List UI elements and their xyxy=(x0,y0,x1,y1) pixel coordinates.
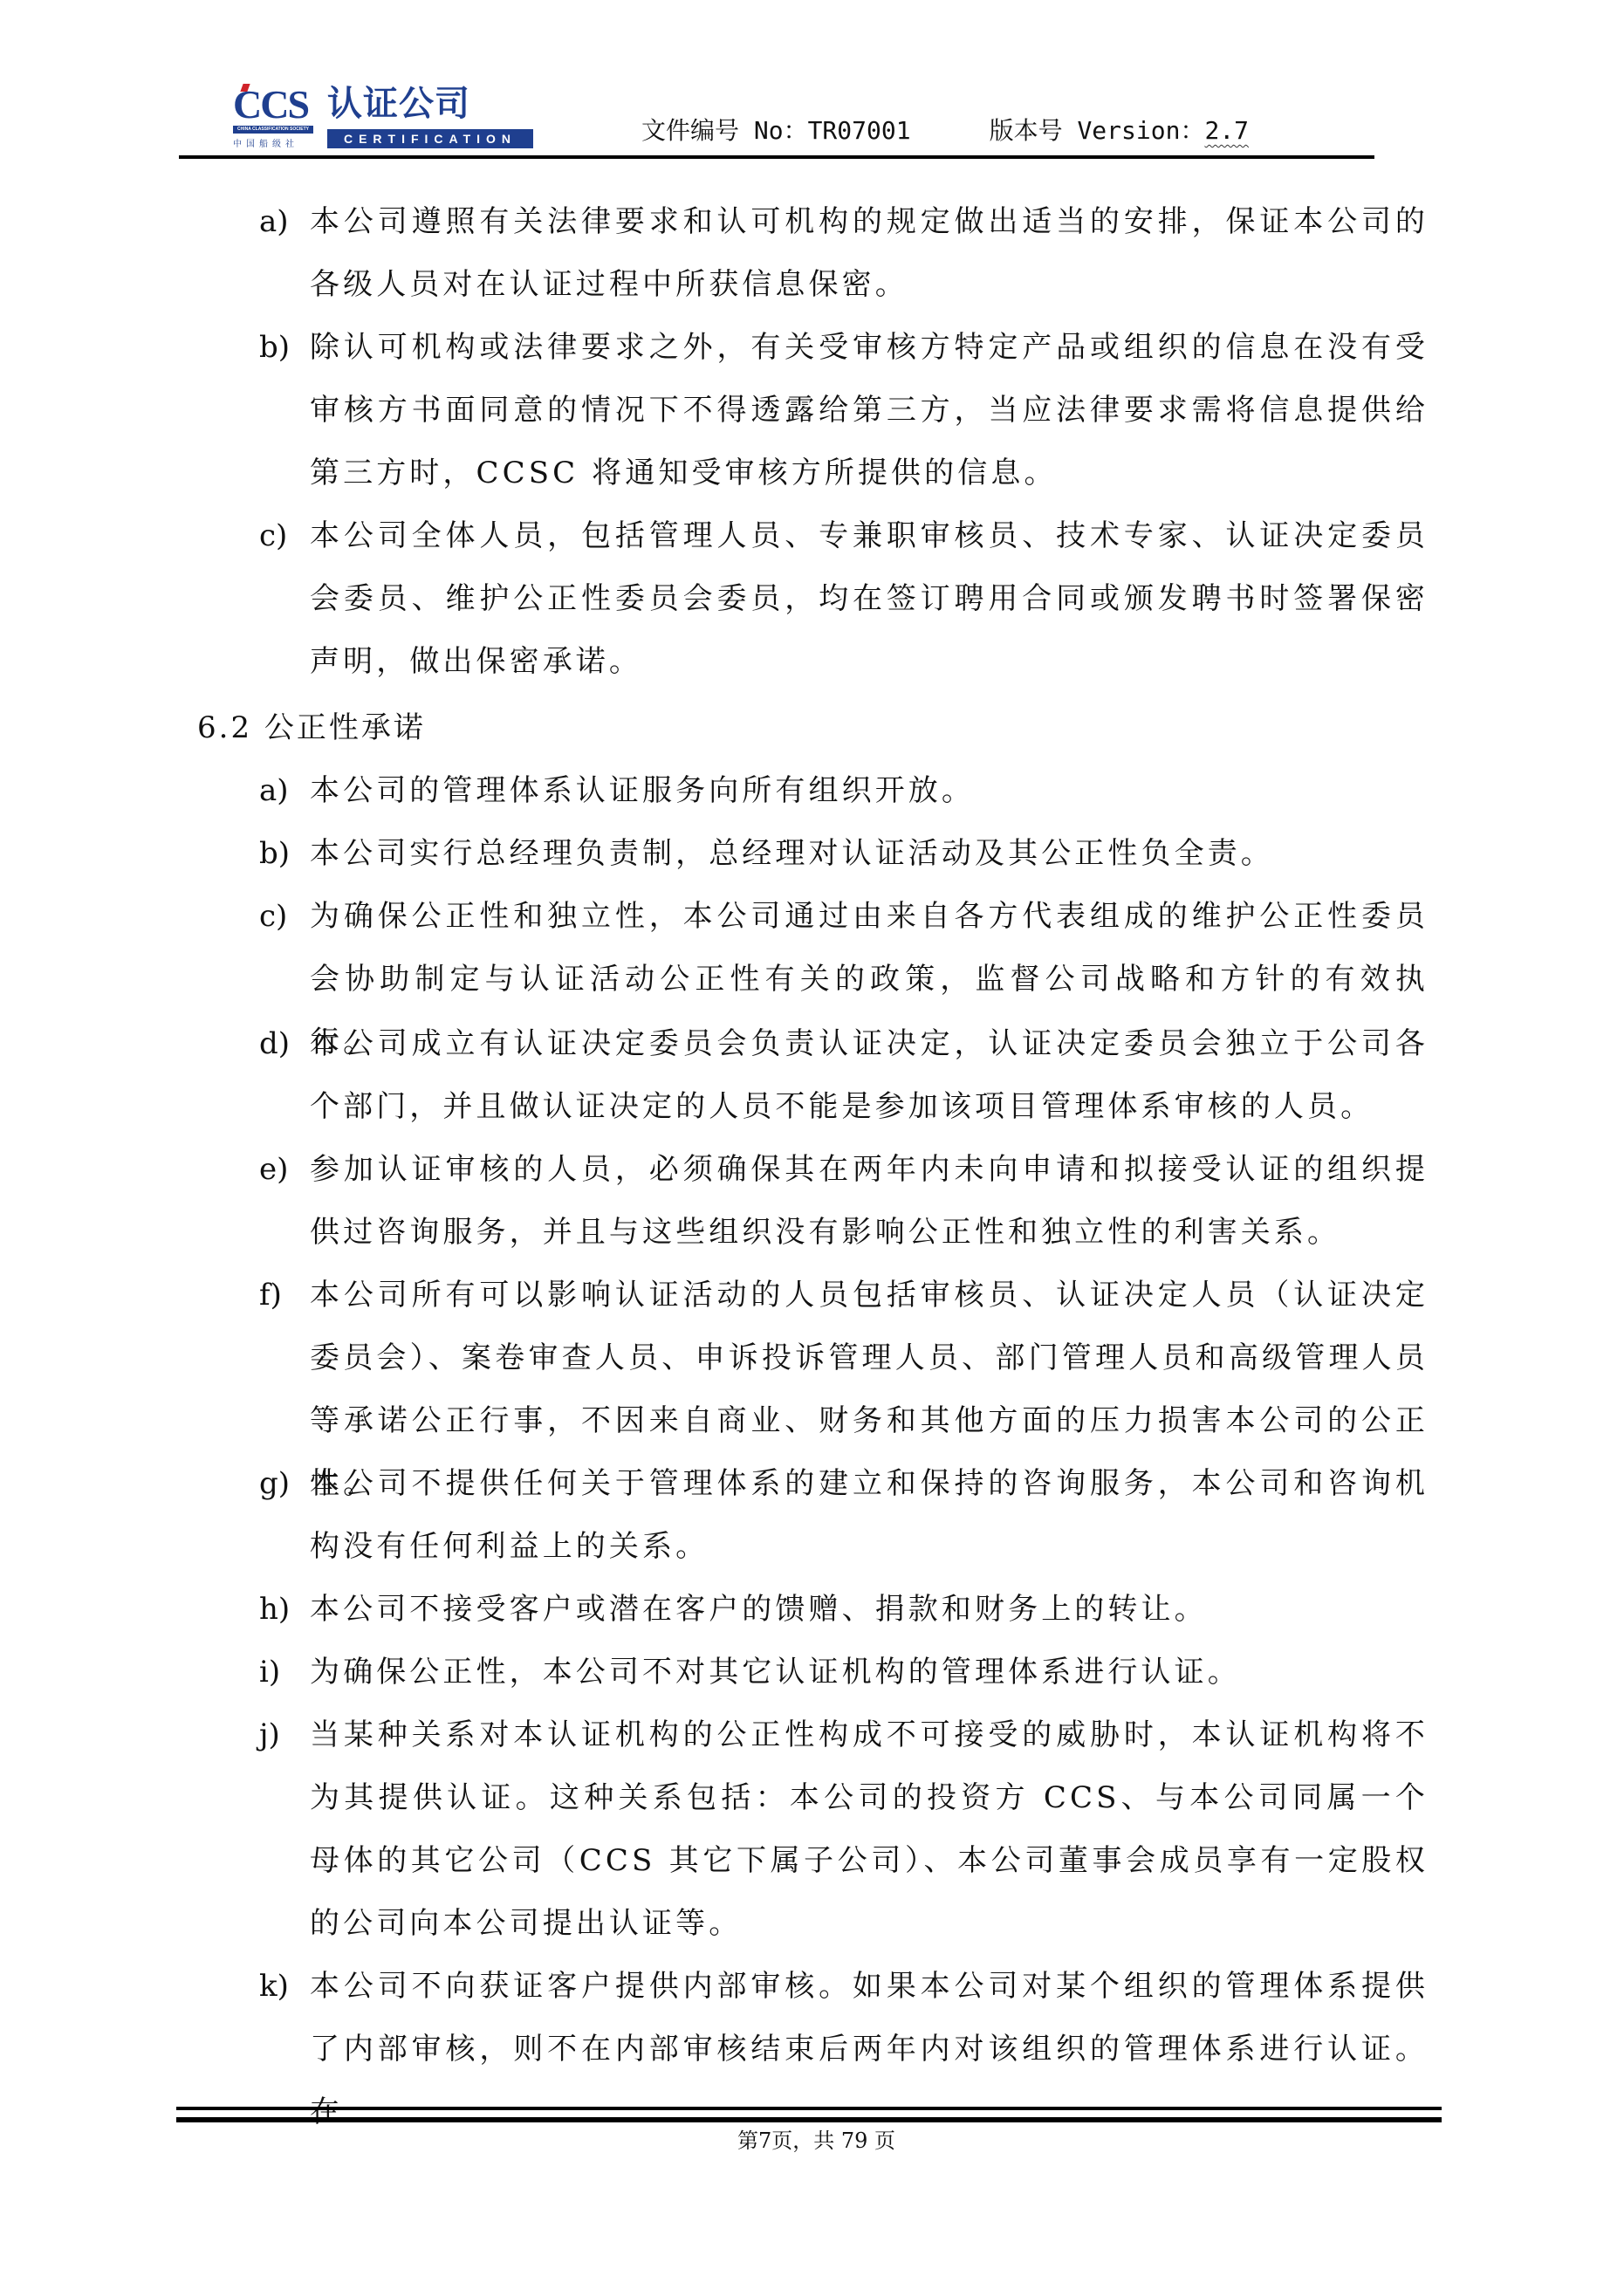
list-item-impartiality-d: d) 本公司成立有认证决定委员会负责认证决定，认证决定委员会独立于公司各个部门，… xyxy=(259,1012,1429,1138)
list-item-confidentiality-b: b) 除认可机构或法律要求之外，有关受审核方特定产品或组织的信息在没有受审核方书… xyxy=(259,316,1429,504)
list-item-impartiality-e: e) 参加认证审核的人员，必须确保其在两年内未向申请和拟接受认证的组织提供过咨询… xyxy=(259,1138,1429,1264)
document-meta: 文件编号 No：TR07001版本号 Version：2.7 xyxy=(641,113,1249,148)
item-label: k) xyxy=(259,1955,289,2018)
page-header: CCS CHINA CLASSIFICATION SOCIETY 中国船级社 认… xyxy=(179,79,1374,159)
list-item-confidentiality-a: a) 本公司遵照有关法律要求和认可机构的规定做出适当的安排，保证本公司的各级人员… xyxy=(259,190,1429,316)
item-text: 本公司实行总经理负责制，总经理对认证活动及其公正性负全责。 xyxy=(310,822,1429,885)
item-label: c) xyxy=(259,885,287,948)
list-item-confidentiality-c: c) 本公司全体人员，包括管理人员、专兼职审核员、技术专家、认证决定委员会委员、… xyxy=(259,504,1429,693)
item-label: h) xyxy=(259,1578,290,1641)
logo-ccs-letters: CCS xyxy=(233,82,308,127)
logo-society-cn: 中国船级社 xyxy=(233,136,298,149)
item-label: c) xyxy=(259,504,287,567)
item-text: 除认可机构或法律要求之外，有关受审核方特定产品或组织的信息在没有受审核方书面同意… xyxy=(310,316,1429,504)
item-label: a) xyxy=(259,190,289,253)
footer-divider-thick xyxy=(176,2117,1442,2122)
list-item-impartiality-k: k) 本公司不向获证客户提供内部审核。如果本公司对某个组织的管理体系提供了内部审… xyxy=(259,1955,1429,2143)
version-label: 版本号 Version： xyxy=(990,116,1205,145)
item-text: 本公司不接受客户或潜在客户的馈赠、捐款和财务上的转让。 xyxy=(310,1578,1429,1641)
footer-divider-thin xyxy=(176,2107,1442,2110)
list-item-impartiality-j: j) 当某种关系对本认证机构的公正性构成不可接受的威胁时，本认证机构将不为其提供… xyxy=(259,1704,1429,1955)
list-item-impartiality-a: a) 本公司的管理体系认证服务向所有组织开放。 xyxy=(259,759,1429,822)
item-text: 本公司不向获证客户提供内部审核。如果本公司对某个组织的管理体系提供了内部审核，则… xyxy=(310,1955,1429,2143)
item-text: 本公司成立有认证决定委员会负责认证决定，认证决定委员会独立于公司各个部门，并且做… xyxy=(310,1012,1429,1138)
logo-society-en: CHINA CLASSIFICATION SOCIETY xyxy=(233,126,313,134)
doc-number-value: TR07001 xyxy=(808,116,911,145)
ccs-certification-logo: CCS CHINA CLASSIFICATION SOCIETY 中国船级社 认… xyxy=(233,86,534,151)
item-text: 当某种关系对本认证机构的公正性构成不可接受的威胁时，本认证机构将不为其提供认证。… xyxy=(310,1704,1429,1955)
item-label: a) xyxy=(259,759,289,822)
item-text: 本公司不提供任何关于管理体系的建立和保持的咨询服务，本公司和咨询机构没有任何利益… xyxy=(310,1452,1429,1578)
logo-company-cn: 认证公司 xyxy=(327,84,470,124)
page-number: 第7页，共 79 页 xyxy=(0,2126,1624,2156)
item-label: b) xyxy=(259,822,290,885)
item-label: i) xyxy=(259,1641,280,1704)
item-label: g) xyxy=(259,1452,290,1515)
list-item-impartiality-h: h) 本公司不接受客户或潜在客户的馈赠、捐款和财务上的转让。 xyxy=(259,1578,1429,1641)
item-label: e) xyxy=(259,1138,288,1201)
doc-number-label: 文件编号 No： xyxy=(641,116,808,145)
list-item-impartiality-i: i) 为确保公正性，本公司不对其它认证机构的管理体系进行认证。 xyxy=(259,1641,1429,1704)
item-text: 本公司全体人员，包括管理人员、专兼职审核员、技术专家、认证决定委员会委员、维护公… xyxy=(310,504,1429,693)
item-text: 本公司的管理体系认证服务向所有组织开放。 xyxy=(310,759,1429,822)
item-text: 参加认证审核的人员，必须确保其在两年内未向申请和拟接受认证的组织提供过咨询服务，… xyxy=(310,1138,1429,1264)
section-heading-6-2: 6.2 公正性承诺 xyxy=(197,696,426,759)
logo-company-en: CERTIFICATION xyxy=(327,129,533,148)
item-label: d) xyxy=(259,1012,290,1075)
item-text: 本公司遵照有关法律要求和认可机构的规定做出适当的安排，保证本公司的各级人员对在认… xyxy=(310,190,1429,316)
header-divider xyxy=(179,155,1374,159)
item-text: 为确保公正性，本公司不对其它认证机构的管理体系进行认证。 xyxy=(310,1641,1429,1704)
list-item-impartiality-b: b) 本公司实行总经理负责制，总经理对认证活动及其公正性负全责。 xyxy=(259,822,1429,885)
logo-ccs-wordmark: CCS xyxy=(233,86,308,124)
list-item-impartiality-g: g) 本公司不提供任何关于管理体系的建立和保持的咨询服务，本公司和咨询机构没有任… xyxy=(259,1452,1429,1578)
version-value: 2.7 xyxy=(1204,116,1249,145)
item-label: b) xyxy=(259,316,290,379)
item-label: j) xyxy=(259,1704,280,1766)
item-label: f) xyxy=(259,1264,282,1327)
